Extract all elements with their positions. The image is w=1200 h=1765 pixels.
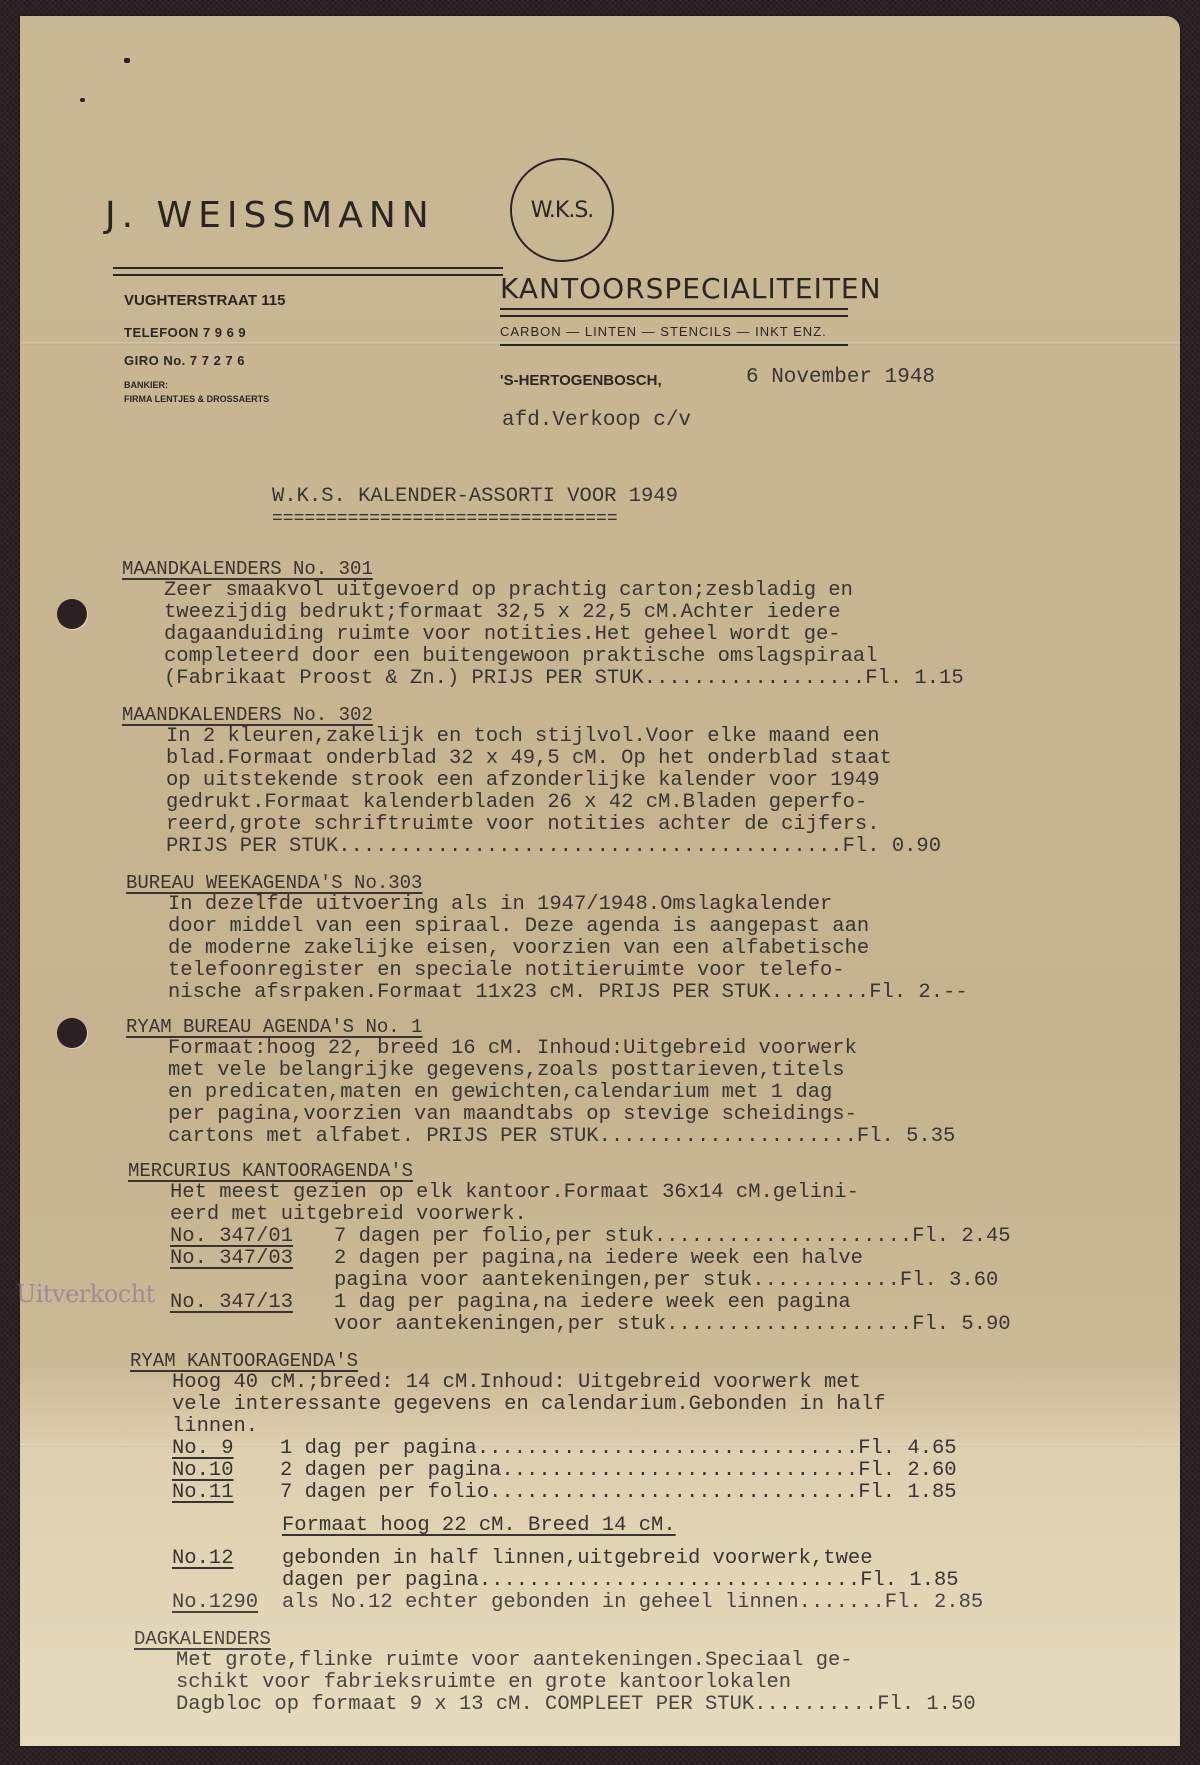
document-title: W.K.S. KALENDER-ASSORTI VOOR 1949 <box>272 486 678 508</box>
price-line: voor aantekeningen,per stuk.............… <box>334 1314 1011 1336</box>
price-line: dagen per pagina........................… <box>282 1570 959 1592</box>
header-rule <box>500 344 848 346</box>
section-line: op uitstekende strook een afzonderlijke … <box>166 770 880 792</box>
section-line: per pagina,voorzien van maandtabs op ste… <box>168 1104 857 1126</box>
section-line: gedrukt.Formaat kalenderbladen 26 x 42 c… <box>166 792 867 814</box>
letter-date: 6 November 1948 <box>746 367 935 389</box>
item-number: No. 347/03 <box>170 1248 293 1270</box>
section-line: In dezelfde uitvoering als in 1947/1948.… <box>168 894 832 916</box>
bank-label: BANKIER: <box>124 380 168 390</box>
punch-hole <box>57 599 87 629</box>
section-line: 2 dagen per pagina,na iedere week een ha… <box>334 1248 863 1270</box>
price-line: pagina voor aantekeningen,per stuk......… <box>334 1270 998 1292</box>
section-line: In 2 kleuren,zakelijk en toch stijlvol.V… <box>166 726 880 748</box>
item-number: No. 347/13 <box>170 1292 293 1314</box>
city: 'S-HERTOGENBOSCH, <box>500 372 662 389</box>
price-line: (Fabrikaat Proost & Zn.) PRIJS PER STUK.… <box>164 668 964 690</box>
price-line: 7 dagen per folio.......................… <box>280 1482 957 1504</box>
section-line: completeerd door een buitengewoon prakti… <box>164 646 878 668</box>
wks-logo: W.K.S. <box>510 158 614 262</box>
giro-number: GIRO No. 7 7 2 7 6 <box>124 353 245 368</box>
section-line: Het meest gezien op elk kantoor.Formaat … <box>170 1182 859 1204</box>
section-line: blad.Formaat onderblad 32 x 49,5 cM. Op … <box>166 748 892 770</box>
section-heading: RYAM BUREAU AGENDA'S No. 1 <box>126 1016 422 1038</box>
section-line: tweezijdig bedrukt;formaat 32,5 x 22,5 c… <box>164 602 841 624</box>
product-list: CARBON — LINTEN — STENCILS — INKT ENZ. <box>500 324 827 339</box>
section-line: en predicaten,maten en gewichten,calenda… <box>168 1082 832 1104</box>
section-line: linnen. <box>172 1416 258 1438</box>
section-heading: DAGKALENDERS <box>134 1628 271 1650</box>
header-rule <box>113 267 503 269</box>
header-rule <box>113 274 503 276</box>
section-heading: MAANDKALENDERS No. 301 <box>122 558 373 580</box>
section-line: Hoog 40 cM.;breed: 14 cM.Inhoud: Uitgebr… <box>172 1372 861 1394</box>
section-line: eerd met uitgebreid voorwerk. <box>170 1204 527 1226</box>
department: afd.Verkoop c/v <box>502 410 691 432</box>
section-line: Formaat:hoog 22, breed 16 cM. Inhoud:Uit… <box>168 1038 857 1060</box>
telephone: TELEFOON 7 9 6 9 <box>124 325 246 340</box>
section-line: Zeer smaakvol uitgevoerd op prachtig car… <box>164 580 853 602</box>
price-line: nische afsrpaken.Formaat 11x23 cM. PRIJS… <box>168 982 968 1004</box>
section-line: dagaanduiding ruimte voor notities.Het g… <box>164 624 841 646</box>
section-line: telefoonregister en speciale notitieruim… <box>168 960 845 982</box>
title-rule: ================================ <box>272 508 618 530</box>
section-line: vele interessante gegevens en calendariu… <box>172 1394 886 1416</box>
item-number: No. 9 <box>172 1438 234 1460</box>
header-rule <box>500 308 848 310</box>
punch-hole <box>57 1018 87 1048</box>
bank-name: FIRMA LENTJES & DROSSAERTS <box>124 394 269 404</box>
address: VUGHTERSTRAAT 115 <box>124 292 285 309</box>
section-heading: BUREAU WEEKAGENDA'S No.303 <box>126 872 422 894</box>
section-line: 1 dag per pagina,na iedere week een pagi… <box>334 1292 851 1314</box>
price-line: PRIJS PER STUK..........................… <box>166 836 941 858</box>
paper-damage <box>124 58 130 63</box>
section-line: door middel van een spiraal. Deze agenda… <box>168 916 869 938</box>
section-line: reerd,grote schriftruimte voor notities … <box>166 814 880 836</box>
section-line: met vele belangrijke gegevens,zoals post… <box>168 1060 845 1082</box>
company-name: J. WEISSMANN <box>105 195 435 236</box>
price-line: cartons met alfabet. PRIJS PER STUK.....… <box>168 1126 955 1148</box>
price-line: 1 dag per pagina........................… <box>280 1438 957 1460</box>
price-line: 7 dagen per folio,per stuk..............… <box>334 1226 1011 1248</box>
section-line: de moderne zakelijke eisen, voorzien van… <box>168 938 869 960</box>
header-rule <box>500 315 848 317</box>
item-number: No.1290 <box>172 1592 258 1614</box>
section-heading: RYAM KANTOORAGENDA'S <box>130 1350 358 1372</box>
section-line: Met grote,flinke ruimte voor aantekening… <box>176 1650 853 1672</box>
section-heading: MAANDKALENDERS No. 302 <box>122 704 373 726</box>
item-number: No.12 <box>172 1548 234 1570</box>
section-line: schikt voor fabrieksruimte en grote kant… <box>176 1672 791 1694</box>
section-heading: MERCURIUS KANTOORAGENDA'S <box>128 1160 413 1182</box>
section-line: gebonden in half linnen,uitgebreid voorw… <box>282 1548 873 1570</box>
price-line: als No.12 echter gebonden in geheel linn… <box>282 1592 983 1614</box>
item-number: No.10 <box>172 1460 234 1482</box>
item-number: No. 347/01 <box>170 1226 293 1248</box>
item-number: No.11 <box>172 1482 234 1504</box>
company-tagline: KANTOORSPECIALITEITEN <box>500 272 882 305</box>
price-line: 2 dagen per pagina......................… <box>280 1460 957 1482</box>
paper-damage <box>80 98 85 102</box>
subheading: Formaat hoog 22 cM. Breed 14 cM. <box>282 1515 676 1537</box>
price-line: Dagbloc op formaat 9 x 13 cM. COMPLEET P… <box>176 1694 976 1716</box>
sold-out-stamp: Uitverkocht <box>16 1280 155 1308</box>
